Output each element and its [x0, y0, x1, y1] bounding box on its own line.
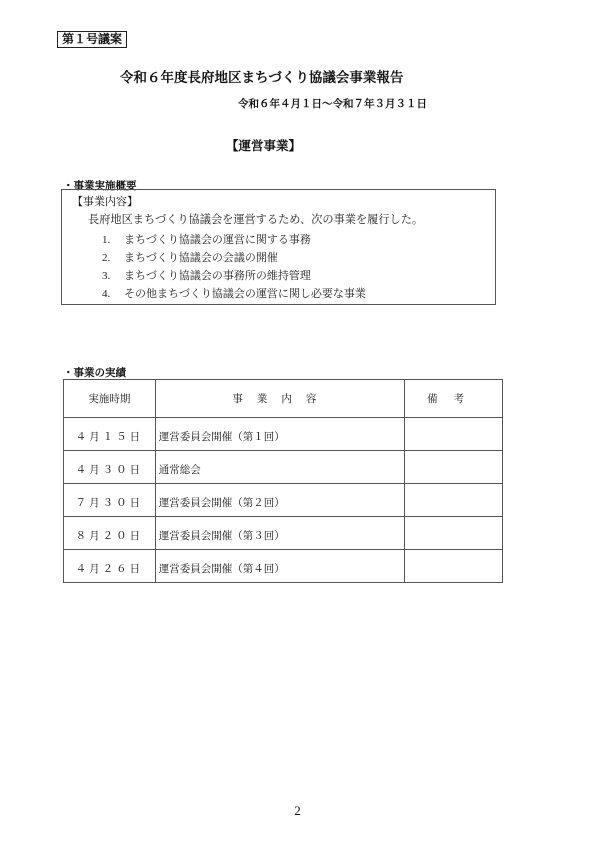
list-number: 3. [102, 270, 124, 282]
summary-list-item: 2.まちづくり協議会の会議の開催 [102, 249, 278, 265]
cell-content: 運営委員会開催（第３回） [155, 517, 404, 550]
column-header-notes: 備考 [405, 380, 503, 418]
cell-date: ８月２０日 [64, 517, 156, 550]
list-number: 4. [102, 288, 124, 300]
list-text: その他まちづくり協議会の運営に関し必要な事業 [124, 287, 366, 300]
report-period: 令和６年４月１日～令和７年３月３１日 [238, 96, 427, 111]
cell-content: 運営委員会開催（第２回） [155, 484, 404, 517]
cell-content: 運営委員会開催（第１回） [155, 418, 404, 451]
results-heading: ・事業の実績 [63, 365, 126, 380]
column-header-date: 実施時期 [64, 380, 156, 418]
cell-notes [405, 484, 503, 517]
cell-notes [405, 517, 503, 550]
page-number: 2 [0, 803, 595, 819]
section-title: 【運営事業】 [226, 136, 301, 154]
cell-date: ７月３０日 [64, 484, 156, 517]
list-text: まちづくり協議会の運営に関する事務 [124, 233, 311, 246]
table-header-row: 実施時期 事業内容 備考 [64, 380, 503, 418]
cell-date: ４月２６日 [64, 550, 156, 583]
summary-intro: 長府地区まちづくり協議会を運営するため、次の事業を履行した。 [88, 211, 423, 227]
document-title: 令和６年度長府地区まちづくり協議会事業報告 [120, 66, 403, 86]
list-text: まちづくり協議会の会議の開催 [124, 251, 278, 264]
cell-notes [405, 550, 503, 583]
column-header-content: 事業内容 [155, 380, 404, 418]
table-row: ４月３０日 通常総会 [64, 451, 503, 484]
table-row: ８月２０日 運営委員会開催（第３回） [64, 517, 503, 550]
summary-list-item: 1.まちづくり協議会の運営に関する事務 [102, 231, 311, 247]
summary-list-item: 3.まちづくり協議会の事務所の維持管理 [102, 267, 311, 283]
table-row: ４月１５日 運営委員会開催（第１回） [64, 418, 503, 451]
cell-notes [405, 451, 503, 484]
table-row: ４月２６日 運営委員会開催（第４回） [64, 550, 503, 583]
cell-content: 運営委員会開催（第４回） [155, 550, 404, 583]
cell-date: ４月１５日 [64, 418, 156, 451]
summary-box: 【事業内容】 長府地区まちづくり協議会を運営するため、次の事業を履行した。 1.… [61, 189, 496, 305]
cell-date: ４月３０日 [64, 451, 156, 484]
cell-notes [405, 418, 503, 451]
results-table: 実施時期 事業内容 備考 ４月１５日 運営委員会開催（第１回） ４月３０日 通常… [63, 379, 503, 583]
summary-box-label: 【事業内容】 [72, 193, 138, 209]
list-text: まちづくり協議会の事務所の維持管理 [124, 269, 311, 282]
list-number: 2. [102, 252, 124, 264]
table-row: ７月３０日 運営委員会開催（第２回） [64, 484, 503, 517]
cell-content: 通常総会 [155, 451, 404, 484]
list-number: 1. [102, 234, 124, 246]
agenda-label: 第１号議案 [57, 31, 127, 48]
summary-list-item: 4.その他まちづくり協議会の運営に関し必要な事業 [102, 285, 366, 301]
